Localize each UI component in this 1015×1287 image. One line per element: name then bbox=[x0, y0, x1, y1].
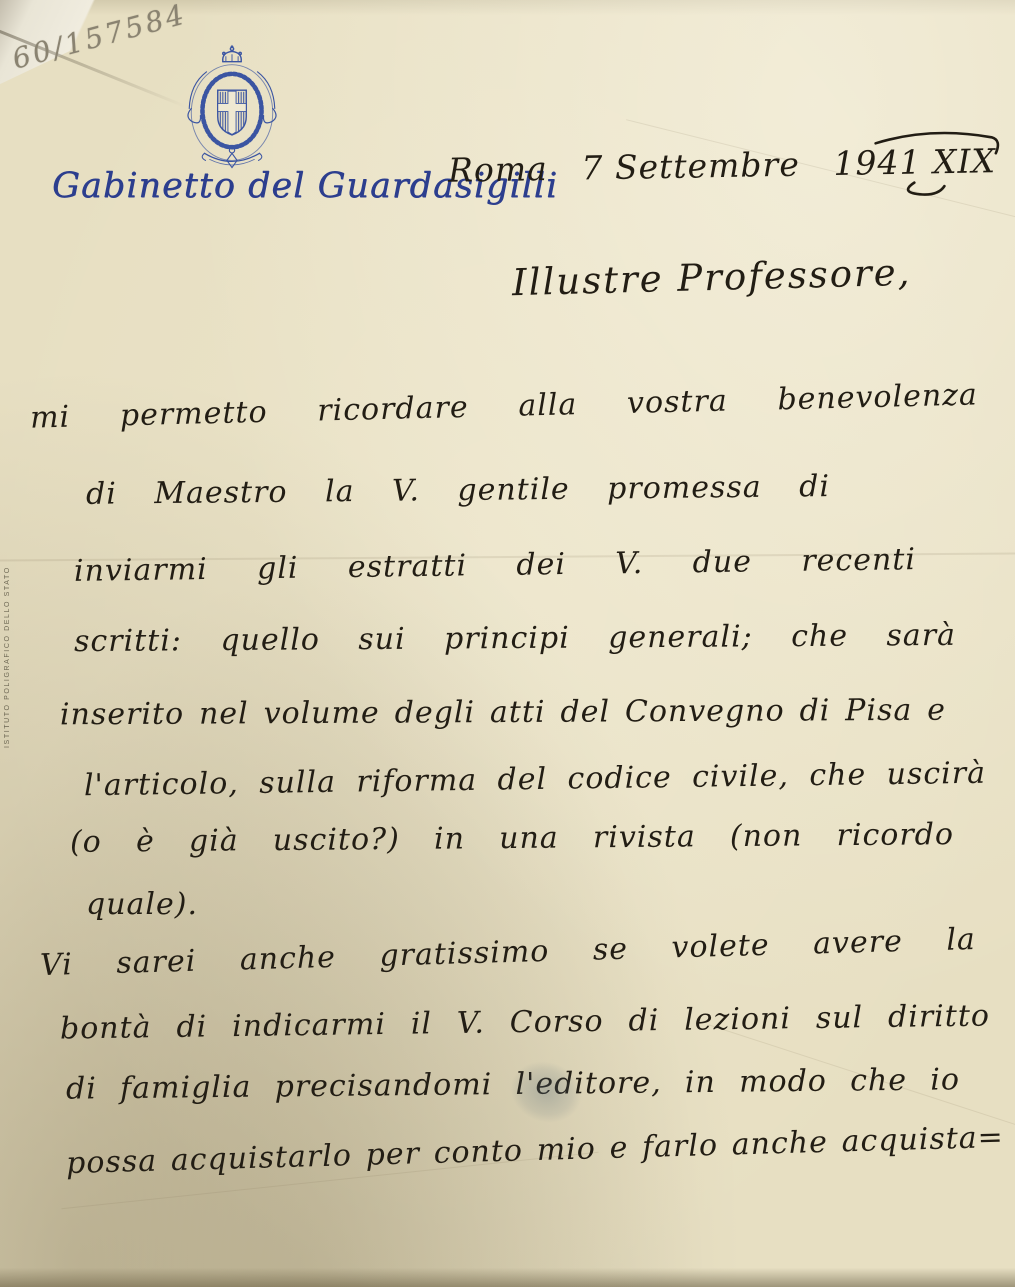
letter-line: inviarmi gli estratti dei V. due recenti bbox=[74, 543, 916, 589]
letter-line: l'articolo, sulla riforma del codice civ… bbox=[84, 757, 986, 804]
letter-line: bontà di indicarmi il V. Corso di lezion… bbox=[60, 1000, 990, 1047]
savoy-coat-of-arms-icon bbox=[176, 44, 288, 174]
salutation: Illustre Professore, bbox=[512, 251, 912, 304]
letter-page: 60/157584 bbox=[0, 0, 1015, 1287]
date-year-era: 1941 XIX bbox=[833, 141, 996, 183]
letter-line: scritti: quello sui principi generali; c… bbox=[74, 619, 956, 660]
letter-line: Vi sarei anche gratissimo se volete aver… bbox=[40, 923, 977, 984]
letter-line: inserito nel volume degli atti del Conve… bbox=[60, 694, 946, 733]
date-line: Roma 7 Settembre 1941 XIX bbox=[448, 141, 997, 190]
date-place: Roma bbox=[448, 149, 548, 190]
printer-mark: ISTITUTO POLIGRAFICO DELLO STATO bbox=[4, 598, 11, 748]
letter-line: quale). bbox=[86, 888, 198, 923]
letterhead-office-name: Gabinetto del Guardasigilli bbox=[52, 166, 442, 206]
date-day-month: 7 Settembre bbox=[581, 145, 800, 188]
letter-line: (o è già uscito?) in una rivista (non ri… bbox=[70, 818, 954, 860]
ink-smudge bbox=[488, 1039, 604, 1145]
letter-line: di Maestro la V. gentile promessa di bbox=[86, 470, 830, 512]
letter-line: mi permetto ricordare alla vostra benevo… bbox=[30, 378, 979, 436]
